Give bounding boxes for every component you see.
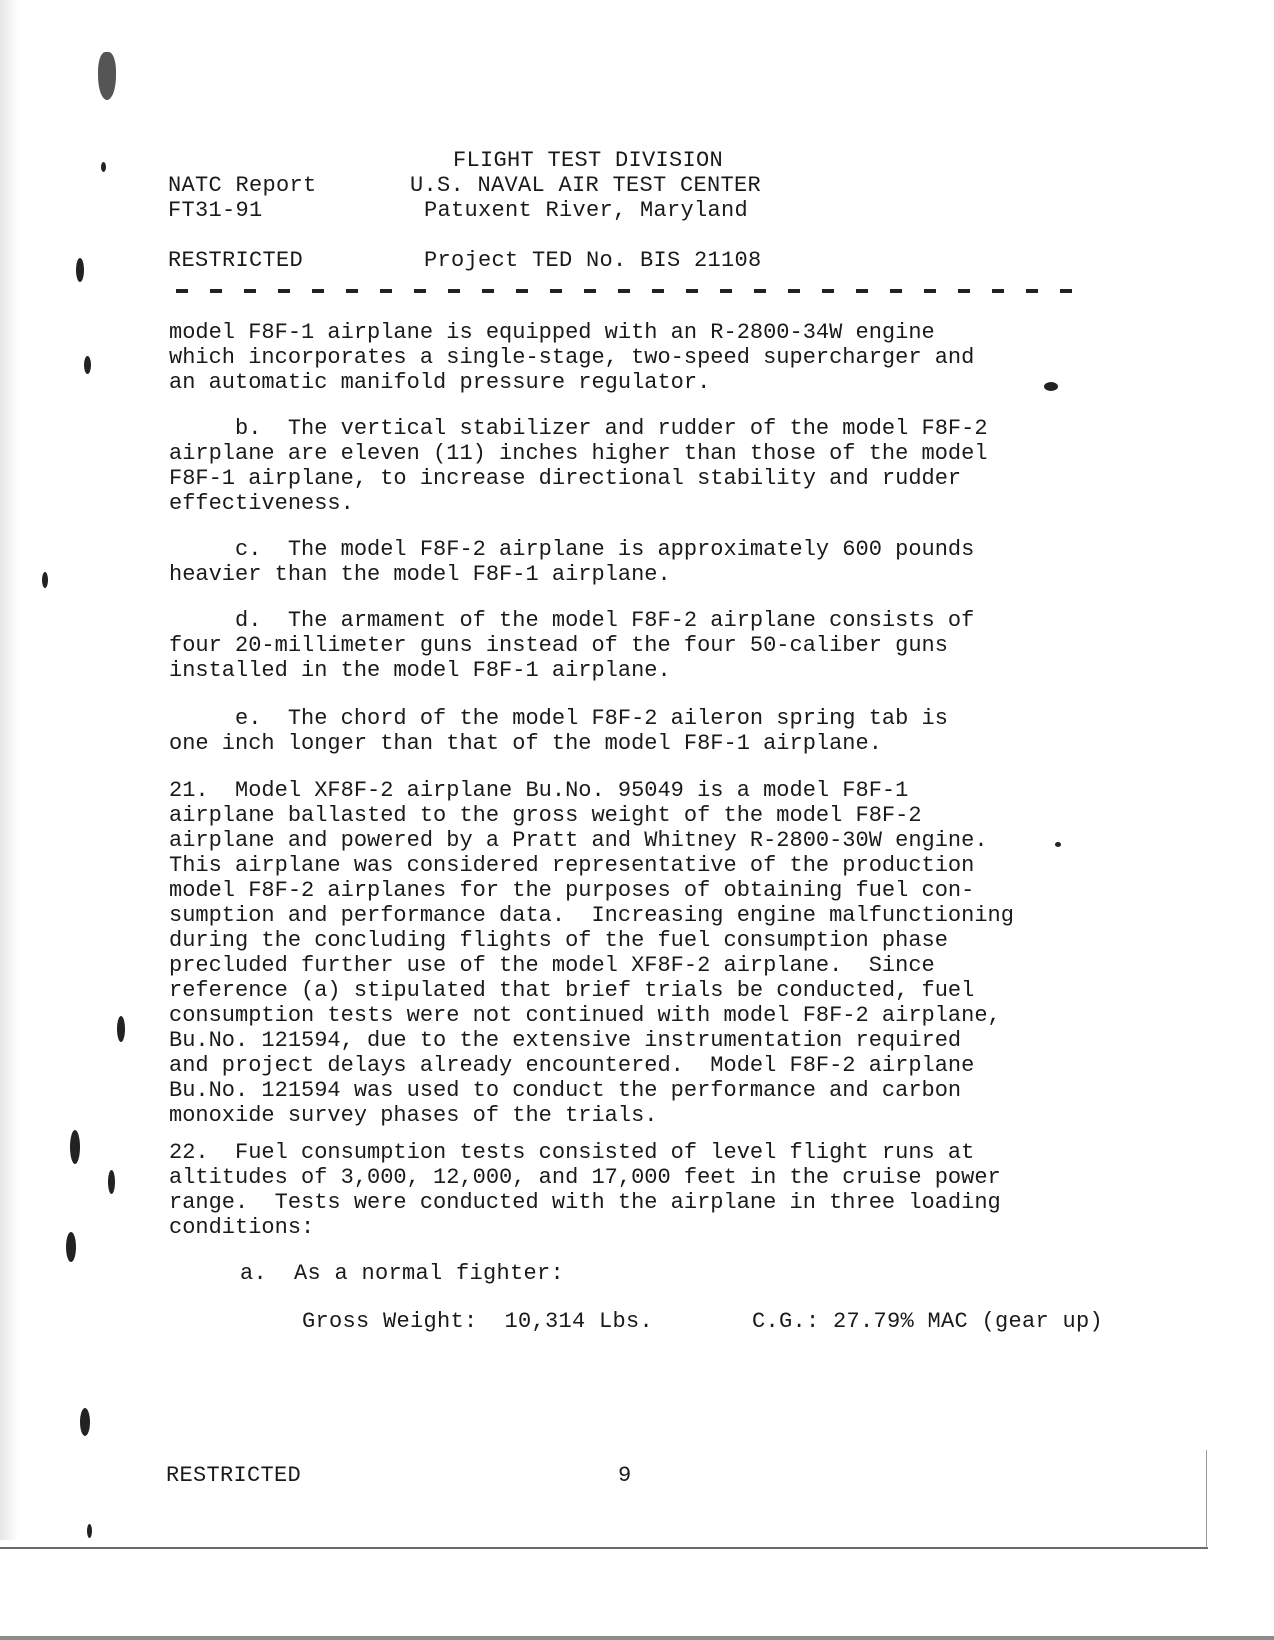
location: Patuxent River, Maryland <box>424 198 748 223</box>
paragraph-21: 21. Model XF8F-2 airplane Bu.No. 95049 i… <box>169 778 1149 1128</box>
text-line: reference (a) stipulated that brief tria… <box>169 978 1149 1003</box>
text-line: sumption and performance data. Increasin… <box>169 903 1149 928</box>
text-line: model F8F-2 airplanes for the purposes o… <box>169 878 1149 903</box>
text-line: Bu.No. 121594, due to the extensive inst… <box>169 1028 1149 1053</box>
item-b-paragraph: b. The vertical stabilizer and rudder of… <box>169 416 1149 516</box>
text-line: airplane and powered by a Pratt and Whit… <box>169 828 1149 853</box>
text-line: model F8F-1 airplane is equipped with an… <box>169 320 1149 345</box>
text-line: and project delays already encountered. … <box>169 1053 1149 1078</box>
scan-dot <box>70 1130 80 1164</box>
text-line: range. Tests were conducted with the air… <box>169 1190 1149 1215</box>
scan-dot <box>84 356 91 374</box>
page-number: 9 <box>618 1463 632 1488</box>
division-title: FLIGHT TEST DIVISION <box>453 148 723 173</box>
scan-right-edge <box>1206 1450 1207 1548</box>
item-d-paragraph: d. The armament of the model F8F-2 airpl… <box>169 608 1149 683</box>
text-line: altitudes of 3,000, 12,000, and 17,000 f… <box>169 1165 1149 1190</box>
text-line: 22. Fuel consumption tests consisted of … <box>169 1140 1149 1165</box>
text-line: 21. Model XF8F-2 airplane Bu.No. 95049 i… <box>169 778 1149 803</box>
text-line: e. The chord of the model F8F-2 aileron … <box>169 706 1149 731</box>
scan-dot <box>66 1232 76 1262</box>
text-line: airplane are eleven (11) inches higher t… <box>169 441 1149 466</box>
scan-dot <box>76 258 84 282</box>
text-line: d. The armament of the model F8F-2 airpl… <box>169 608 1149 633</box>
text-line: precluded further use of the model XF8F-… <box>169 953 1149 978</box>
text-line: one inch longer than that of the model F… <box>169 731 1149 756</box>
scan-bottom-edge <box>0 1547 1208 1549</box>
text-line: This airplane was considered representat… <box>169 853 1149 878</box>
text-line: installed in the model F8F-1 airplane. <box>169 658 1149 683</box>
text-line: b. The vertical stabilizer and rudder of… <box>169 416 1149 441</box>
text-line: F8F-1 airplane, to increase directional … <box>169 466 1149 491</box>
text-line: during the concluding flights of the fue… <box>169 928 1149 953</box>
intro-paragraph: model F8F-1 airplane is equipped with an… <box>169 320 1149 395</box>
center-of-gravity: C.G.: 27.79% MAC (gear up) <box>752 1309 1103 1334</box>
item-e-paragraph: e. The chord of the model F8F-2 aileron … <box>169 706 1149 756</box>
scan-dot <box>108 1170 115 1194</box>
text-line: c. The model F8F-2 airplane is approxima… <box>169 537 1149 562</box>
scan-bottom-strip <box>0 1636 1274 1640</box>
text-line: monoxide survey phases of the trials. <box>169 1103 1149 1128</box>
text-line: consumption tests were not continued wit… <box>169 1003 1149 1028</box>
header-divider <box>176 289 1092 293</box>
report-label: NATC Report <box>168 173 317 198</box>
project-number: Project TED No. BIS 21108 <box>424 248 762 273</box>
text-line: conditions: <box>169 1215 1149 1240</box>
text-line: which incorporates a single-stage, two-s… <box>169 345 1149 370</box>
paragraph-22: 22. Fuel consumption tests consisted of … <box>169 1140 1149 1240</box>
condition-a-label: a. As a normal fighter: <box>240 1261 564 1286</box>
text-line: airplane ballasted to the gross weight o… <box>169 803 1149 828</box>
classification-header: RESTRICTED <box>168 248 303 273</box>
scan-dot <box>87 1524 92 1538</box>
scan-smudge <box>98 52 116 100</box>
scan-edge-shadow <box>0 0 18 1540</box>
classification-footer: RESTRICTED <box>166 1463 301 1488</box>
gross-weight: Gross Weight: 10,314 Lbs. <box>302 1309 653 1334</box>
scan-dot <box>117 1016 125 1042</box>
document-page: FLIGHT TEST DIVISION NATC Report U.S. NA… <box>0 0 1274 1640</box>
scan-dot <box>80 1408 90 1436</box>
text-line: heavier than the model F8F-1 airplane. <box>169 562 1149 587</box>
text-line: four 20-millimeter guns instead of the f… <box>169 633 1149 658</box>
report-number: FT31-91 <box>168 198 263 223</box>
text-line: effectiveness. <box>169 491 1149 516</box>
scan-dot <box>42 572 48 588</box>
item-c-paragraph: c. The model F8F-2 airplane is approxima… <box>169 537 1149 587</box>
center-name: U.S. NAVAL AIR TEST CENTER <box>410 173 761 198</box>
scan-dot <box>101 162 106 172</box>
text-line: an automatic manifold pressure regulator… <box>169 370 1149 395</box>
text-line: Bu.No. 121594 was used to conduct the pe… <box>169 1078 1149 1103</box>
